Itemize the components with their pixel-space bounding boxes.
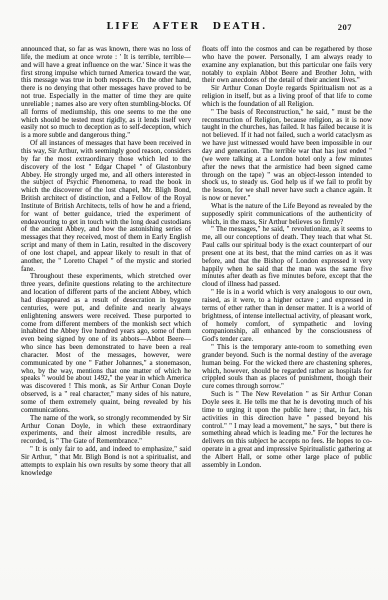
page-number: 207 — [338, 22, 352, 32]
paragraph: " The basis of Reconstruction," he said,… — [202, 109, 372, 203]
paragraph: Such is " The New Revelation " as Sir Ar… — [202, 391, 372, 469]
paragraph: " This is the temporary ante-room to som… — [202, 344, 372, 391]
right-column: floats off into the cosmos and can be re… — [202, 46, 372, 477]
paragraph: The name of the work, so strongly recomm… — [21, 415, 191, 446]
page-header: LIFE AFTER DEATH. 207 — [0, 21, 388, 43]
paragraph: floats off into the cosmos and can be re… — [202, 46, 372, 85]
book-page: LIFE AFTER DEATH. 207 announced that, so… — [0, 0, 388, 600]
paragraph: What is the nature of the Life Beyond as… — [202, 203, 372, 227]
text-columns: announced that, so far as was known, the… — [0, 43, 388, 477]
paragraph: Of all instances of messages that have b… — [21, 140, 191, 273]
paragraph: " The messages," he said, " revolutioniz… — [202, 226, 372, 289]
paragraph: " It is only fair to add, and indeed to … — [21, 446, 191, 477]
paragraph: announced that, so far as was known, the… — [21, 46, 191, 140]
page-title: LIFE AFTER DEATH. — [0, 21, 374, 32]
paragraph: Sir Arthur Conan Doyle regards Spiritual… — [202, 85, 372, 109]
left-column: announced that, so far as was known, the… — [21, 46, 191, 477]
paragraph: " He is in a world which is very analogo… — [202, 289, 372, 344]
paragraph: Throughout these experiments, which stre… — [21, 273, 191, 414]
